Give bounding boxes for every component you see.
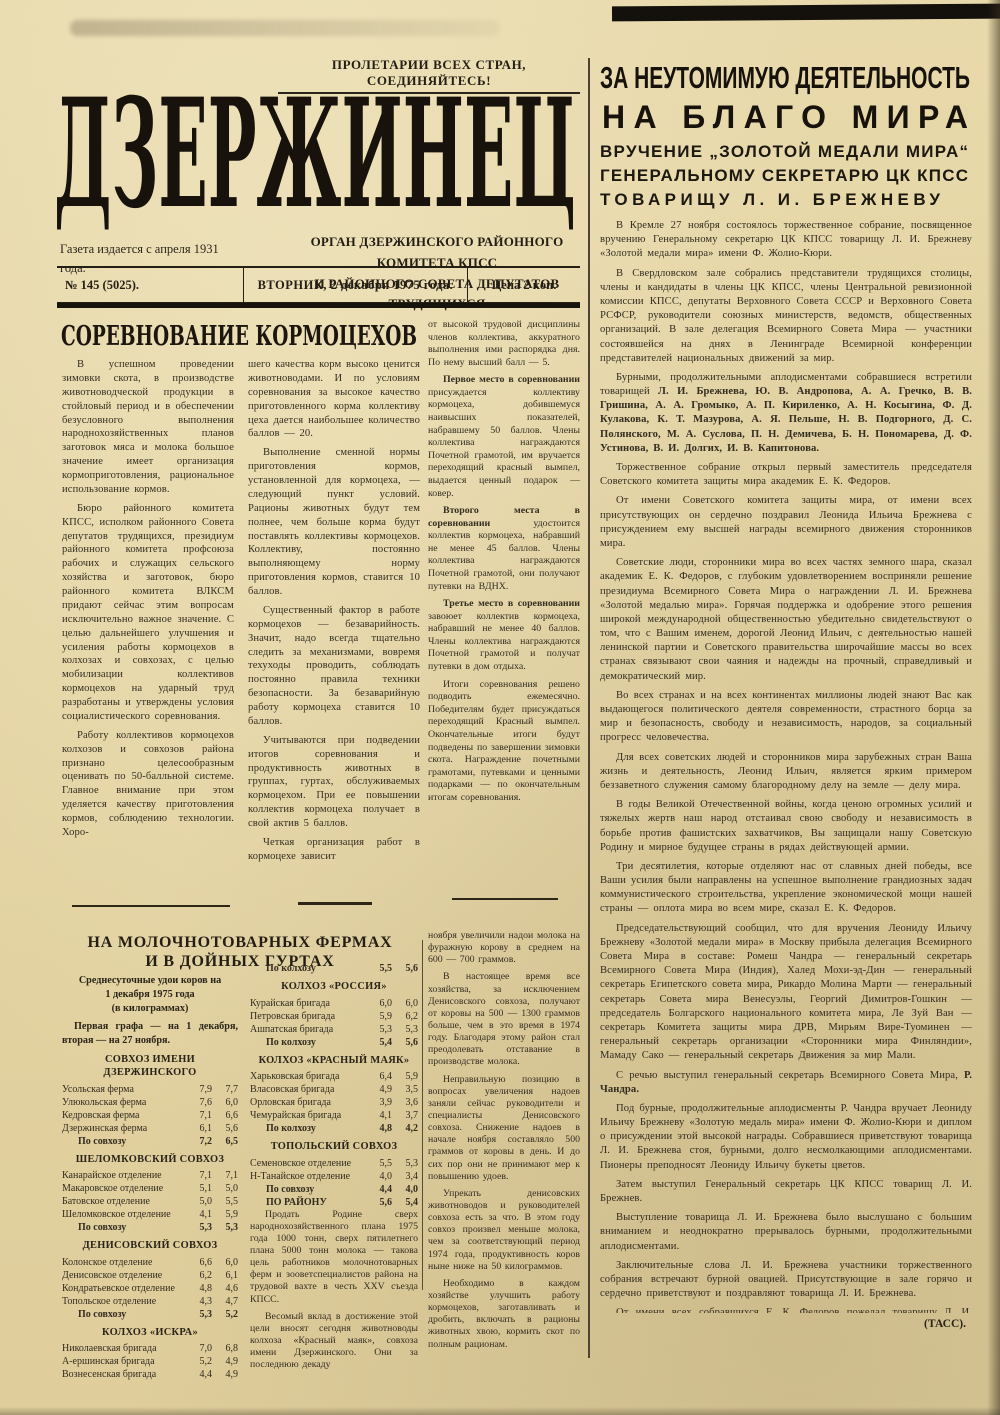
- row-value: 6,2: [392, 1010, 418, 1023]
- row-value: 7,1: [186, 1169, 212, 1182]
- row-value: 4,3: [186, 1295, 212, 1308]
- table-note-line2: 1 декабря 1975 года: [62, 988, 238, 1002]
- table-note-2: Первая графа — на 1 декабря, вторая — на…: [62, 1020, 238, 1047]
- table-group-header: СОВХОЗ ИМЕНИ ДЗЕРЖИНСКОГО: [62, 1053, 238, 1080]
- photo-edge-bottom: [0, 1407, 1000, 1415]
- left-article-column-3: от высокой трудовой дисциплины членов ко…: [428, 319, 580, 897]
- paragraph: Учитываются при подведении итогов соревн…: [248, 734, 420, 831]
- table-row: Вознесенская бригада4,44,9: [62, 1368, 238, 1381]
- row-value: 6,0: [392, 997, 418, 1010]
- row-value: 6,2: [186, 1269, 212, 1282]
- table-row: Кедровская ферма7,16,6: [62, 1109, 238, 1122]
- row-value: 7,0: [186, 1342, 212, 1355]
- table-row: Чемурайская бригада4,13,7: [250, 1109, 418, 1122]
- table-row: ПО РАЙОНУ5,65,4: [250, 1196, 418, 1209]
- paragraph: Весомый вклад в достижение этой цели вно…: [250, 1311, 418, 1372]
- row-name: По совхозу: [250, 1183, 366, 1196]
- row-value: 4,9: [212, 1368, 238, 1381]
- row-value: 7,1: [212, 1169, 238, 1182]
- paragraph: Выполнение сменной нормы приготовления к…: [248, 446, 420, 599]
- table-row: Усольская ферма7,97,7: [62, 1083, 238, 1096]
- table-row: Топольское отделение4,34,7: [62, 1295, 238, 1308]
- paragraph: От имени Советского комитета защиты мира…: [600, 494, 972, 551]
- paragraph: В настоящее время все хозяйства, за искл…: [428, 971, 580, 1068]
- row-value: 5,3: [392, 1023, 418, 1036]
- row-value: 3,5: [392, 1083, 418, 1096]
- paragraph: В успешном проведении зимовки скота, в п…: [62, 358, 234, 497]
- paragraph: Бурными, продолжительными аплодисментами…: [600, 371, 972, 456]
- row-name: Кондратьевское отделение: [62, 1282, 186, 1295]
- row-value: 4,4: [366, 1183, 392, 1196]
- paragraph: Торжественное собрание открыл первый зам…: [600, 461, 972, 489]
- left-article-column-1: В успешном проведении зимовки скота, в п…: [62, 358, 234, 898]
- table-note-line1: Среднесуточные удои коров на: [62, 974, 238, 988]
- table-row: Батовское отделение5,05,5: [62, 1195, 238, 1208]
- paragraph: шего качества корм высоко ценится животн…: [248, 358, 420, 441]
- row-value: 5,1: [186, 1182, 212, 1195]
- table-row: По совхозу5,35,2: [62, 1308, 238, 1321]
- paragraph: Продать Родине сверх народнохозяйственно…: [250, 1209, 418, 1306]
- right-subhead-line2: ГЕНЕРАЛЬНОМУ СЕКРЕТАРЮ ЦК КПСС: [600, 164, 972, 188]
- table-row: Семеновское отделение5,55,3: [250, 1157, 418, 1170]
- issue-number: № 145 (5025).: [57, 268, 244, 302]
- paragraph: Три десятилетия, которые отделяют нас от…: [600, 860, 972, 917]
- row-value: 7,6: [186, 1096, 212, 1109]
- table-row: Власовская бригада4,93,5: [250, 1083, 418, 1096]
- right-subhead-line3-text: ТОВАРИЩУ Л. И. БРЕЖНЕВУ: [600, 190, 940, 209]
- issue-price: Цена 2 коп.: [468, 278, 580, 293]
- row-value: 6,1: [186, 1122, 212, 1135]
- left-article-column-2: шего качества корм высоко ценится животн…: [248, 358, 420, 898]
- row-name: Орловская бригада: [250, 1096, 366, 1109]
- table-row: Орловская бригада3,93,6: [250, 1096, 418, 1109]
- paragraph: Первое место в соревновании присуждается…: [428, 374, 580, 500]
- row-name: Петровская бригада: [250, 1010, 366, 1023]
- table-group-header: ШЕЛОМКОВСКИЙ СОВХОЗ: [62, 1153, 238, 1167]
- table-row: А-ершинская бригада5,24,9: [62, 1355, 238, 1368]
- paragraph: Неправильную позицию в вопросах увеличен…: [428, 1074, 580, 1183]
- paragraph: Выступление товарища Л. И. Брежнева было…: [600, 1211, 972, 1254]
- row-name: ПО РАЙОНУ: [250, 1196, 366, 1209]
- table-group-header: ТОПОЛЬСКИЙ СОВХОЗ: [250, 1140, 418, 1154]
- paragraph: Существенный фактор в работе кормоцехов …: [248, 604, 420, 729]
- row-value: 5,3: [212, 1221, 238, 1234]
- row-name: Курайская бригада: [250, 997, 366, 1010]
- column-end-rule: [72, 905, 230, 907]
- paragraph: В годы Великой Отечественной войны, когд…: [600, 798, 972, 855]
- left-article-title: СОРЕВНОВАНИЕ КОРМОЦЕХОВ: [60, 317, 420, 353]
- paragraph: Председательствующий сообщил, что для вр…: [600, 922, 972, 1064]
- table-row: Харьковская бригада6,45,9: [250, 1070, 418, 1083]
- row-name: По совхозу: [62, 1135, 186, 1148]
- milk-report-column-3: ноября увеличили надои молока на фуражну…: [428, 930, 580, 1404]
- right-headline-line2: НА БЛАГО МИРА: [600, 97, 972, 137]
- row-name: Семеновское отделение: [250, 1157, 366, 1170]
- row-value: 3,9: [366, 1096, 392, 1109]
- row-value: 4,8: [186, 1282, 212, 1295]
- table-row: Шеломковское отделение4,15,9: [62, 1208, 238, 1221]
- row-value: 6,6: [212, 1109, 238, 1122]
- paragraph: В Свердловском зале собрались представит…: [600, 267, 972, 366]
- row-name: Чемурайская бригада: [250, 1109, 366, 1122]
- row-name: Макаровское отделение: [62, 1182, 186, 1195]
- table-row: По колхозу5,55,6: [250, 962, 418, 975]
- newspaper-page: ПРОЛЕТАРИИ ВСЕХ СТРАН, СОЕДИНЯЙТЕСЬ! ДЗЕ…: [0, 0, 1000, 1415]
- row-value: 6,5: [212, 1135, 238, 1148]
- paragraph: от высокой трудовой дисциплины членов ко…: [428, 319, 580, 369]
- row-value: 5,5: [212, 1195, 238, 1208]
- table-row: По колхозу5,45,6: [250, 1036, 418, 1049]
- paragraph: Заключительные слова Л. И. Брежнева учас…: [600, 1259, 972, 1302]
- row-value: 5,3: [366, 1023, 392, 1036]
- table-row: Дзержинская ферма6,15,6: [62, 1122, 238, 1135]
- row-value: 5,2: [212, 1308, 238, 1321]
- row-value: 5,4: [392, 1196, 418, 1209]
- issue-date: ВТОРНИК, 2 декабря 1975 года.: [244, 268, 468, 302]
- row-name: Денисовское отделение: [62, 1269, 186, 1282]
- row-value: 3,4: [392, 1170, 418, 1183]
- right-headline-line2-text: НА БЛАГО МИРА: [602, 99, 968, 135]
- paragraph: Советские люди, сторонники мира во всех …: [600, 556, 972, 684]
- photo-edge-top: [612, 4, 1000, 22]
- row-name: Дзержинская ферма: [62, 1122, 186, 1135]
- table-group-header: ДЕНИСОВСКИЙ СОВХОЗ: [62, 1239, 238, 1253]
- row-value: 4,9: [366, 1083, 392, 1096]
- row-value: 6,0: [212, 1096, 238, 1109]
- row-value: 5,6: [212, 1122, 238, 1135]
- paragraph: С речью выступил генеральный секретарь В…: [600, 1069, 972, 1097]
- row-value: 5,0: [186, 1195, 212, 1208]
- newspaper-title: ДЗЕРЖИНЕЦ: [52, 68, 580, 230]
- paragraph: Работу коллективов кормоцехов колхозов и…: [62, 729, 234, 840]
- row-value: 4,1: [366, 1109, 392, 1122]
- row-value: 6,0: [366, 997, 392, 1010]
- row-value: 5,3: [392, 1157, 418, 1170]
- row-value: 4,2: [392, 1122, 418, 1135]
- row-value: 7,2: [186, 1135, 212, 1148]
- table-group-header: КОЛХОЗ «ИСКРА»: [62, 1326, 238, 1340]
- table-row: Макаровское отделение5,15,0: [62, 1182, 238, 1195]
- table-row: По колхозу4,84,2: [250, 1122, 418, 1135]
- table-group-header: КОЛХОЗ «КРАСНЫЙ МАЯК»: [250, 1054, 418, 1068]
- table-row: Канарайское отделение7,17,1: [62, 1169, 238, 1182]
- row-name: Усольская ферма: [62, 1083, 186, 1096]
- paragraph: Необходимо в каждом хозяйстве улучшить р…: [428, 1278, 580, 1351]
- row-name: По колхозу: [250, 1122, 366, 1135]
- column-end-rule: [452, 898, 558, 900]
- row-value: 5,6: [392, 1036, 418, 1049]
- row-name: Власовская бригада: [250, 1083, 366, 1096]
- milk-table-column-1: СОВХОЗ ИМЕНИ ДЗЕРЖИНСКОГОУсольская ферма…: [62, 1053, 238, 1382]
- row-value: 5,9: [366, 1010, 392, 1023]
- row-name: По колхозу: [250, 962, 366, 975]
- table-note: Среднесуточные удои коров на 1 декабря 1…: [62, 974, 238, 1015]
- row-name: Николаевская бригада: [62, 1342, 186, 1355]
- row-value: 7,7: [212, 1083, 238, 1096]
- masthead-rule: [57, 303, 580, 308]
- right-subhead-line2-text: ГЕНЕРАЛЬНОМУ СЕКРЕТАРЮ ЦК КПСС: [600, 166, 968, 185]
- row-value: 4,6: [212, 1282, 238, 1295]
- milk-report-column-2: По колхозу5,55,6КОЛХОЗ «РОССИЯ»Курайская…: [250, 962, 418, 1408]
- row-value: 5,6: [392, 962, 418, 975]
- paragraph: Для всех советских людей и сторонников м…: [600, 751, 972, 794]
- row-value: 7,1: [186, 1109, 212, 1122]
- row-value: 4,9: [212, 1355, 238, 1368]
- row-name: Кедровская ферма: [62, 1109, 186, 1122]
- table-group-header: КОЛХОЗ «РОССИЯ»: [250, 980, 418, 994]
- paragraph: Итоги соревнования решено подводить ежем…: [428, 679, 580, 805]
- table-row: По совхозу4,44,0: [250, 1183, 418, 1196]
- row-value: 4,1: [186, 1208, 212, 1221]
- row-value: 5,9: [392, 1070, 418, 1083]
- row-name: Канарайское отделение: [62, 1169, 186, 1182]
- row-value: 6,8: [212, 1342, 238, 1355]
- photo-smudge: [70, 20, 500, 36]
- row-value: 4,4: [186, 1368, 212, 1381]
- right-subhead-line3: ТОВАРИЩУ Л. И. БРЕЖНЕВУ: [600, 188, 972, 212]
- row-value: 6,0: [212, 1256, 238, 1269]
- row-value: 5,5: [366, 1157, 392, 1170]
- row-value: 6,1: [212, 1269, 238, 1282]
- row-value: 5,5: [366, 962, 392, 975]
- paragraph: От имени всех собравшихся Е. К. Федоров …: [600, 1306, 972, 1313]
- table-row: Колонское отделение6,66,0: [62, 1256, 238, 1269]
- paragraph: Бюро районного комитета КПСС, исполком р…: [62, 502, 234, 724]
- row-name: А-ершинская бригада: [62, 1355, 186, 1368]
- row-value: 5,0: [212, 1182, 238, 1195]
- tass-source: (ТАСС).: [600, 1318, 966, 1330]
- row-value: 6,6: [186, 1256, 212, 1269]
- paragraph: Второго места в соревновании удостоится …: [428, 505, 580, 593]
- left-article-title-text: СОРЕВНОВАНИЕ КОРМОЦЕХОВ: [61, 321, 417, 352]
- right-headline-line1: ЗА НЕУТОМИМУЮ ДЕЯТЕЛЬНОСТЬ: [600, 58, 972, 96]
- row-value: 6,4: [366, 1070, 392, 1083]
- paragraph: В Кремле 27 ноября состоялось торжествен…: [600, 219, 972, 262]
- row-value: 5,6: [366, 1196, 392, 1209]
- date-bar: № 145 (5025). ВТОРНИК, 2 декабря 1975 го…: [57, 266, 580, 304]
- row-value: 5,4: [366, 1036, 392, 1049]
- milk-table-column-2: По колхозу5,55,6КОЛХОЗ «РОССИЯ»Курайская…: [250, 962, 418, 1209]
- paragraph: Под бурные, продолжительные аплодисменты…: [600, 1102, 972, 1173]
- milk-report-column-divider: [422, 940, 423, 1290]
- row-name: Вознесенская бригада: [62, 1368, 186, 1381]
- right-article-body: В Кремле 27 ноября состоялось торжествен…: [600, 219, 972, 1313]
- photo-edge-right: [987, 0, 1000, 1415]
- table-row: Николаевская бригада7,06,8: [62, 1342, 238, 1355]
- table-row: Ашпатская бригада5,35,3: [250, 1023, 418, 1036]
- table-row: Денисовское отделение6,26,1: [62, 1269, 238, 1282]
- row-value: 5,2: [186, 1355, 212, 1368]
- main-column-divider: [588, 58, 590, 1358]
- row-value: 3,7: [392, 1109, 418, 1122]
- row-value: 4,0: [392, 1183, 418, 1196]
- row-value: 7,9: [186, 1083, 212, 1096]
- table-row: Н-Танайское отделение4,03,4: [250, 1170, 418, 1183]
- paragraph: Затем выступил Генеральный секретарь ЦК …: [600, 1178, 972, 1206]
- row-value: 3,6: [392, 1096, 418, 1109]
- milk-report-column-1: Среднесуточные удои коров на 1 декабря 1…: [62, 974, 238, 1406]
- paragraph: ноября увеличили надои молока на фуражну…: [428, 930, 580, 966]
- row-name: Шеломковское отделение: [62, 1208, 186, 1221]
- table-note-line3: (в килограммах): [62, 1002, 238, 1016]
- row-value: 5,3: [186, 1308, 212, 1321]
- row-name: Харьковская бригада: [250, 1070, 366, 1083]
- table-row: По совхозу5,35,3: [62, 1221, 238, 1234]
- right-headline-line1-text: ЗА НЕУТОМИМУЮ ДЕЯТЕЛЬНОСТЬ: [600, 60, 970, 95]
- row-name: Ашпатская бригада: [250, 1023, 366, 1036]
- table-row: По совхозу7,26,5: [62, 1135, 238, 1148]
- table-row: Курайская бригада6,06,0: [250, 997, 418, 1010]
- row-name: Н-Танайское отделение: [250, 1170, 366, 1183]
- row-name: Топольское отделение: [62, 1295, 186, 1308]
- milk-report-title-line1: НА МОЛОЧНОТОВАРНЫХ ФЕРМАХ: [60, 934, 420, 953]
- row-name: Батовское отделение: [62, 1195, 186, 1208]
- row-value: 4,7: [212, 1295, 238, 1308]
- row-value: 4,8: [366, 1122, 392, 1135]
- milk-report-text-col2: Продать Родине сверх народнохозяйственно…: [250, 1209, 418, 1372]
- column-end-rule: [298, 902, 372, 905]
- row-name: По совхозу: [62, 1221, 186, 1234]
- paragraph: Во всех странах и на всех континентах ми…: [600, 689, 972, 746]
- paragraph: Третье место в соревновании завоюет колл…: [428, 598, 580, 673]
- paragraph: Упрекать денисовских животноводов и руко…: [428, 1188, 580, 1273]
- right-subhead-line1-text: ВРУЧЕНИЕ „ЗОЛОТОЙ МЕДАЛИ МИРА“: [600, 142, 968, 161]
- table-row: Петровская бригада5,96,2: [250, 1010, 418, 1023]
- paragraph: Четкая организация работ в кормоцехе зав…: [248, 836, 420, 864]
- table-row: Кондратьевское отделение4,84,6: [62, 1282, 238, 1295]
- row-value: 5,9: [212, 1208, 238, 1221]
- row-name: По совхозу: [62, 1308, 186, 1321]
- row-value: 4,0: [366, 1170, 392, 1183]
- row-name: По колхозу: [250, 1036, 366, 1049]
- row-value: 5,3: [186, 1221, 212, 1234]
- row-name: Колонское отделение: [62, 1256, 186, 1269]
- newspaper-title-text: ДЗЕРЖИНЕЦ: [54, 68, 576, 230]
- table-row: Улюкольская ферма7,66,0: [62, 1096, 238, 1109]
- right-subhead-line1: ВРУЧЕНИЕ „ЗОЛОТОЙ МЕДАЛИ МИРА“: [600, 140, 972, 164]
- row-name: Улюкольская ферма: [62, 1096, 186, 1109]
